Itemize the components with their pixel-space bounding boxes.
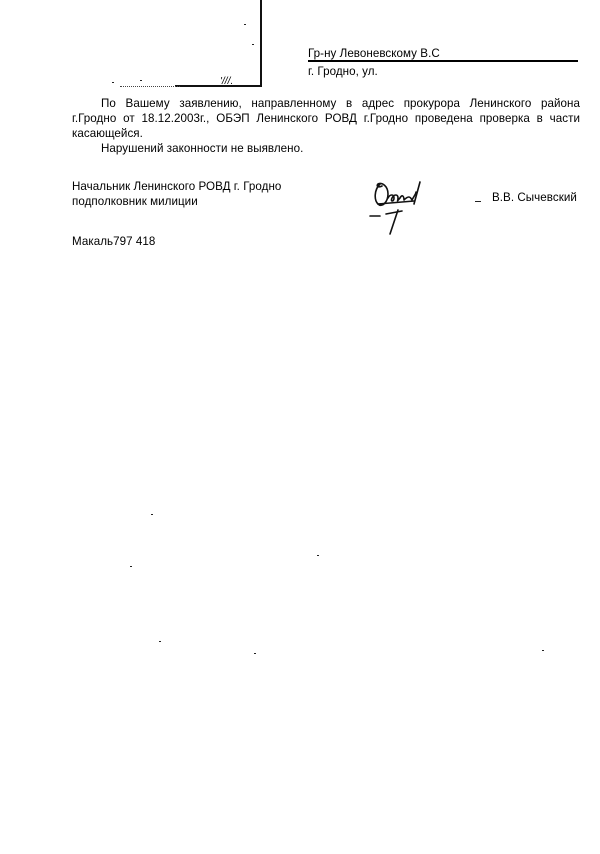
scan-horizontal-line [175, 85, 261, 87]
scan-speck [130, 566, 132, 567]
recipient-underline [308, 60, 578, 62]
body-paragraph-2: Нарушений законности не выявлено. [101, 141, 303, 156]
scan-speck [475, 201, 481, 202]
scan-speck [254, 653, 256, 654]
scan-speck [317, 555, 319, 556]
scan-vertical-line [260, 0, 262, 87]
recipient-name: Гр-ну Левоневскому В.С [308, 46, 440, 61]
signatory-title-line-1: Начальник Ленинского РОВД г. Гродно [72, 179, 281, 194]
body-paragraph-1-line-2: г.Гродно от 18.12.2003г., ОБЭП Ленинског… [72, 111, 580, 126]
stamp-marks: '///. [220, 74, 233, 89]
executor-phone: Макаль797 418 [72, 234, 155, 249]
handwritten-signature-icon [368, 176, 438, 238]
scan-speck [159, 641, 161, 642]
signer-name: В.В. Сычевский [492, 190, 577, 205]
scan-speck [252, 44, 254, 45]
body-paragraph-1-line-3: касающейся. [72, 126, 143, 141]
recipient-address: г. Гродно, ул. [308, 64, 378, 79]
scan-speck [140, 80, 142, 81]
scan-speck [112, 82, 114, 83]
signatory-title-line-2: подполковник милиции [72, 194, 198, 209]
scan-dotted-line [120, 86, 180, 87]
scan-speck [151, 514, 153, 515]
scan-speck [542, 650, 544, 651]
body-paragraph-1-line-1: По Вашему заявлению, направленному в адр… [101, 96, 580, 111]
scan-speck [244, 24, 246, 25]
